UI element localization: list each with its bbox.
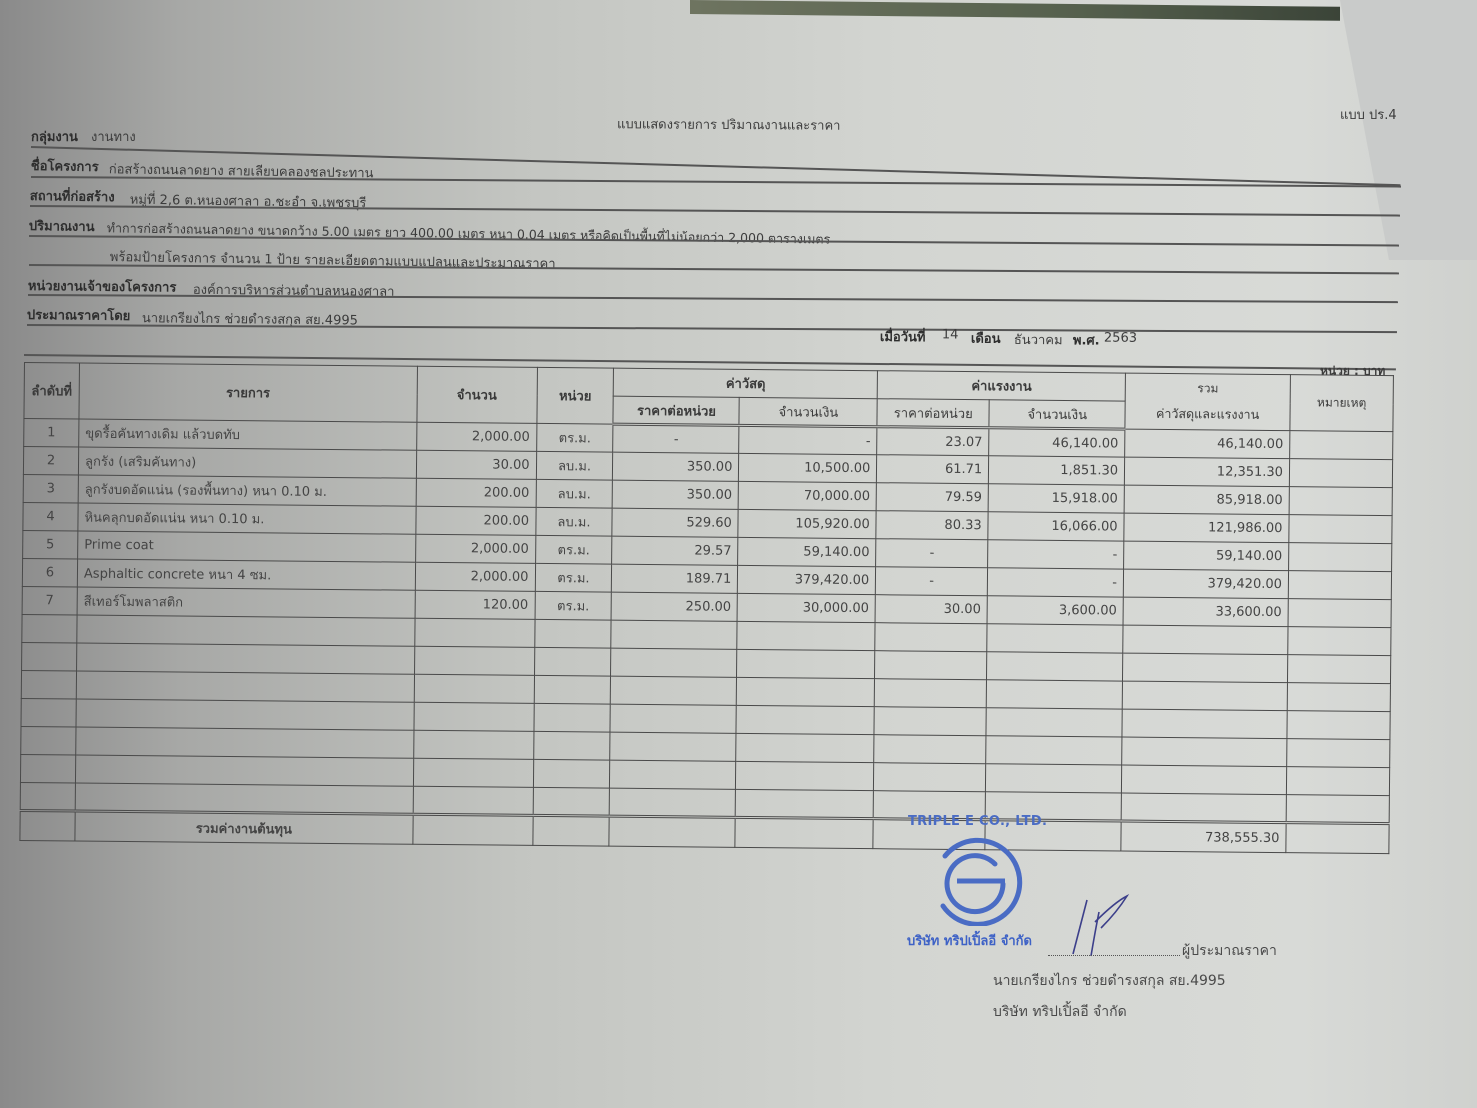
- empty-cell: [413, 730, 533, 759]
- col-header-qty: จำนวน: [417, 366, 537, 423]
- boq-body: 1ขุดรื้อคันทางเดิม แล้วบดทับ2,000.00ตร.ม…: [20, 419, 1393, 854]
- empty-cell: [1287, 683, 1390, 712]
- empty-cell: [21, 698, 76, 727]
- row-labor-unit-price: -: [876, 567, 988, 596]
- quantity-value-line2: พร้อมป้ายโครงการ จำนวน 1 ป้าย รายละเอียด…: [110, 246, 556, 274]
- empty-cell: [736, 705, 874, 734]
- row-total: 46,140.00: [1125, 429, 1290, 459]
- location-label: สถานที่ก่อสร้าง: [30, 185, 115, 207]
- empty-cell: [737, 649, 875, 678]
- row-qty: 2,000.00: [415, 534, 535, 563]
- empty-cell: [534, 647, 611, 676]
- empty-cell: [20, 782, 75, 811]
- row-labor-amount: 3,600.00: [987, 596, 1123, 625]
- empty-cell: [1122, 737, 1287, 767]
- row-unit: ลบ.ม.: [535, 507, 612, 536]
- row-total: 379,420.00: [1123, 569, 1288, 599]
- signature-name: นายเกรียงไกร ช่วยดำรงสกุล สย.4995: [993, 970, 1226, 992]
- row-qty: 30.00: [416, 450, 536, 479]
- row-material-unit-price: 350.00: [613, 480, 739, 509]
- row-material-amount: 30,000.00: [737, 593, 875, 622]
- row-item: Prime coat: [78, 531, 416, 562]
- empty-cell: [414, 702, 534, 731]
- grand-total: 738,555.30: [1121, 821, 1286, 853]
- empty-cell: [987, 624, 1123, 653]
- empty-cell: [874, 735, 986, 764]
- empty-cell: [986, 680, 1122, 709]
- empty-cell: [610, 788, 736, 817]
- empty-cell: [413, 786, 533, 815]
- row-material-unit-price: 250.00: [612, 592, 738, 621]
- signature-company: บริษัท ทริปเปิ้ลอี จำกัด: [993, 1001, 1127, 1023]
- stamp-company-en: TRIPLE E CO., LTD.: [908, 814, 1047, 829]
- col-header-item: รายการ: [79, 363, 417, 422]
- col-header-material: ค่าวัสดุ: [614, 368, 878, 399]
- row-material-unit-price: 189.71: [612, 564, 738, 593]
- empty-cell: [414, 646, 534, 675]
- date-day: 14: [942, 327, 959, 342]
- row-qty: 200.00: [416, 478, 536, 507]
- empty-cell: [414, 618, 534, 647]
- estimator-label: ประมาณราคาโดย: [27, 304, 131, 326]
- signature-line: [1048, 955, 1180, 956]
- empty-cell: [737, 621, 875, 650]
- row-material-amount: 379,420.00: [738, 565, 876, 594]
- row-item: ขุดรื้อคันทางเดิม แล้วบดทับ: [79, 419, 417, 450]
- empty-cell: [1287, 739, 1390, 768]
- empty-cell: [611, 620, 737, 649]
- col-header-remark: หมายเหตุ: [1290, 375, 1394, 432]
- row-total: 59,140.00: [1124, 541, 1289, 571]
- empty-cell: [1288, 627, 1391, 656]
- row-no: 7: [22, 586, 77, 615]
- stamp-company-th: บริษัท ทริปเปิ้ลอี จำกัด: [907, 930, 1032, 951]
- empty-cell: [533, 759, 610, 788]
- empty-cell: [76, 671, 414, 702]
- col-header-labor: ค่าแรงงาน: [877, 371, 1125, 401]
- empty-cell: [1123, 653, 1288, 683]
- row-labor-amount: -: [988, 540, 1124, 569]
- row-unit: ตร.ม.: [535, 563, 612, 592]
- date-year-label: พ.ศ.: [1073, 329, 1100, 350]
- row-remark: [1288, 599, 1391, 628]
- row-labor-amount: 15,918.00: [988, 484, 1124, 513]
- row-remark: [1289, 543, 1392, 572]
- empty-cell: [736, 733, 874, 762]
- row-no: 1: [24, 419, 79, 448]
- empty-cell: [1122, 765, 1287, 795]
- row-remark: [1290, 431, 1393, 460]
- empty-cell: [736, 761, 874, 790]
- row-material-unit-price: -: [613, 424, 739, 453]
- empty-cell: [1121, 793, 1286, 823]
- col-header-no: ลำดับที่: [24, 363, 80, 420]
- row-unit: ตร.ม.: [536, 423, 613, 452]
- row-total: 33,600.00: [1123, 597, 1288, 627]
- col-header-unit: หน่วย: [536, 367, 613, 424]
- row-labor-amount: 46,140.00: [989, 428, 1125, 457]
- empty-cell: [875, 651, 987, 680]
- signature-role: ผู้ประมาณราคา: [1182, 940, 1277, 962]
- row-item: ลูกรัง (เสริมคันทาง): [78, 447, 416, 478]
- empty-cell: [986, 736, 1122, 765]
- row-labor-amount: -: [988, 568, 1124, 597]
- total-cell: [20, 810, 75, 841]
- date-month: ธันวาคม: [1014, 329, 1063, 350]
- row-qty: 200.00: [415, 506, 535, 535]
- date-year: 2563: [1104, 331, 1137, 346]
- company-logo-icon: [925, 836, 1025, 926]
- empty-cell: [77, 615, 415, 646]
- empty-cell: [1287, 711, 1390, 740]
- empty-cell: [874, 763, 986, 792]
- empty-cell: [1286, 767, 1389, 796]
- row-unit: ตร.ม.: [535, 591, 612, 620]
- row-remark: [1289, 487, 1392, 516]
- col-header-total-line1: รวม: [1132, 379, 1284, 399]
- empty-cell: [20, 754, 75, 783]
- empty-cell: [610, 732, 736, 761]
- empty-cell: [22, 614, 77, 643]
- empty-cell: [1122, 681, 1287, 711]
- empty-cell: [875, 679, 987, 708]
- col-header-labor-unit-price: ราคาต่อหน่วย: [877, 399, 989, 428]
- row-no: 2: [23, 447, 78, 476]
- empty-cell: [1122, 709, 1287, 739]
- empty-cell: [610, 760, 736, 789]
- row-item: ลูกรังบดอัดแน่น (รองพื้นทาง) หนา 0.10 ม.: [78, 475, 416, 506]
- empty-cell: [75, 755, 413, 786]
- col-header-labor-amount: จำนวนเงิน: [989, 400, 1125, 429]
- row-qty: 2,000.00: [415, 562, 535, 591]
- empty-cell: [21, 670, 76, 699]
- row-remark: [1289, 515, 1392, 544]
- empty-cell: [22, 642, 77, 671]
- row-qty: 2,000.00: [416, 422, 536, 451]
- empty-cell: [875, 623, 987, 652]
- row-material-amount: 59,140.00: [738, 537, 876, 566]
- quantity-label: ปริมาณงาน: [29, 215, 95, 237]
- row-unit: ลบ.ม.: [536, 451, 613, 480]
- row-total: 12,351.30: [1124, 457, 1289, 487]
- empty-cell: [534, 703, 611, 732]
- empty-cell: [534, 675, 611, 704]
- total-cell: [412, 814, 532, 845]
- row-labor-amount: 1,851.30: [989, 456, 1125, 485]
- empty-cell: [534, 619, 611, 648]
- empty-cell: [413, 758, 533, 787]
- row-item: หินคลุกบดอัดแน่น หนา 0.10 ม.: [78, 503, 416, 534]
- location-value: หมู่ที่ 2,6 ต.หนองศาลา อ.ชะอำ จ.เพชรบุรี: [130, 189, 367, 214]
- row-material-unit-price: 529.60: [612, 508, 738, 537]
- date-day-label: เมื่อวันที่: [880, 326, 926, 347]
- row-material-amount: -: [739, 425, 877, 454]
- col-header-material-unit-price: ราคาต่อหน่วย: [613, 396, 739, 425]
- empty-cell: [610, 704, 736, 733]
- row-labor-unit-price: 80.33: [876, 511, 988, 540]
- row-material-amount: 105,920.00: [738, 509, 876, 538]
- row-total: 85,918.00: [1124, 485, 1289, 515]
- empty-cell: [533, 787, 610, 816]
- row-labor-unit-price: -: [876, 539, 988, 568]
- col-header-total-line2: ค่าวัสดุและแรงงาน: [1132, 404, 1284, 425]
- total-cell: [1286, 823, 1389, 854]
- empty-cell: [77, 643, 415, 674]
- col-header-material-amount: จำนวนเงิน: [739, 397, 877, 426]
- date-month-label: เดือน: [971, 328, 1001, 349]
- row-remark: [1289, 459, 1392, 488]
- total-label: รวมค่างานต้นทุน: [75, 811, 413, 844]
- row-item: สีเทอร์โมพลาสติก: [77, 587, 415, 618]
- row-remark: [1288, 571, 1391, 600]
- row-no: 3: [23, 474, 78, 503]
- empty-cell: [75, 783, 413, 814]
- owner-value: องค์การบริหารส่วนตำบลหนองศาลา: [193, 279, 395, 302]
- empty-cell: [986, 708, 1122, 737]
- project-name-label: ชื่อโครงการ: [31, 155, 99, 177]
- signature-mark: [1065, 892, 1145, 962]
- empty-cell: [737, 677, 875, 706]
- row-material-unit-price: 29.57: [612, 536, 738, 565]
- empty-cell: [986, 764, 1122, 793]
- form-code: แบบ ปร.4: [1340, 104, 1397, 125]
- quantity-value: ทำการก่อสร้างถนนลาดยาง ขนาดกว้าง 5.00 เม…: [107, 218, 831, 249]
- work-group-value: งานทาง: [91, 126, 136, 147]
- empty-cell: [874, 707, 986, 736]
- row-unit: ลบ.ม.: [536, 479, 613, 508]
- empty-cell: [736, 789, 874, 818]
- document-page: แบบแสดงรายการ ปริมาณงานและราคา แบบ ปร.4 …: [0, 0, 1477, 1108]
- empty-cell: [21, 726, 76, 755]
- row-labor-unit-price: 30.00: [875, 595, 987, 624]
- col-header-total: รวม ค่าวัสดุและแรงงาน: [1125, 373, 1290, 431]
- row-material-amount: 70,000.00: [738, 481, 876, 510]
- row-material-unit-price: 350.00: [613, 452, 739, 481]
- total-cell: [609, 816, 735, 847]
- row-labor-unit-price: 61.71: [877, 455, 989, 484]
- row-labor-unit-price: 23.07: [877, 427, 989, 456]
- row-unit: ตร.ม.: [535, 535, 612, 564]
- empty-cell: [533, 731, 610, 760]
- total-cell: [735, 817, 873, 848]
- row-no: 6: [22, 558, 77, 587]
- row-qty: 120.00: [415, 590, 535, 619]
- form-title: แบบแสดงรายการ ปริมาณงานและราคา: [617, 113, 841, 136]
- row-item: Asphaltic concrete หนา 4 ซม.: [77, 559, 415, 590]
- empty-cell: [611, 648, 737, 677]
- row-labor-unit-price: 79.59: [876, 483, 988, 512]
- row-no: 5: [23, 530, 78, 559]
- empty-cell: [76, 699, 414, 730]
- empty-cell: [1286, 795, 1389, 824]
- empty-cell: [1123, 625, 1288, 655]
- empty-cell: [987, 652, 1123, 681]
- total-cell: [532, 815, 609, 846]
- empty-cell: [414, 674, 534, 703]
- row-labor-amount: 16,066.00: [988, 512, 1124, 541]
- row-total: 121,986.00: [1124, 513, 1289, 543]
- row-no: 4: [23, 502, 78, 531]
- empty-cell: [611, 676, 737, 705]
- empty-cell: [76, 727, 414, 758]
- row-material-amount: 10,500.00: [739, 453, 877, 482]
- empty-cell: [1287, 655, 1390, 684]
- boq-table: ลำดับที่ รายการ จำนวน หน่วย ค่าวัสดุ ค่า…: [19, 362, 1394, 854]
- work-group-label: กลุ่มงาน: [31, 126, 78, 147]
